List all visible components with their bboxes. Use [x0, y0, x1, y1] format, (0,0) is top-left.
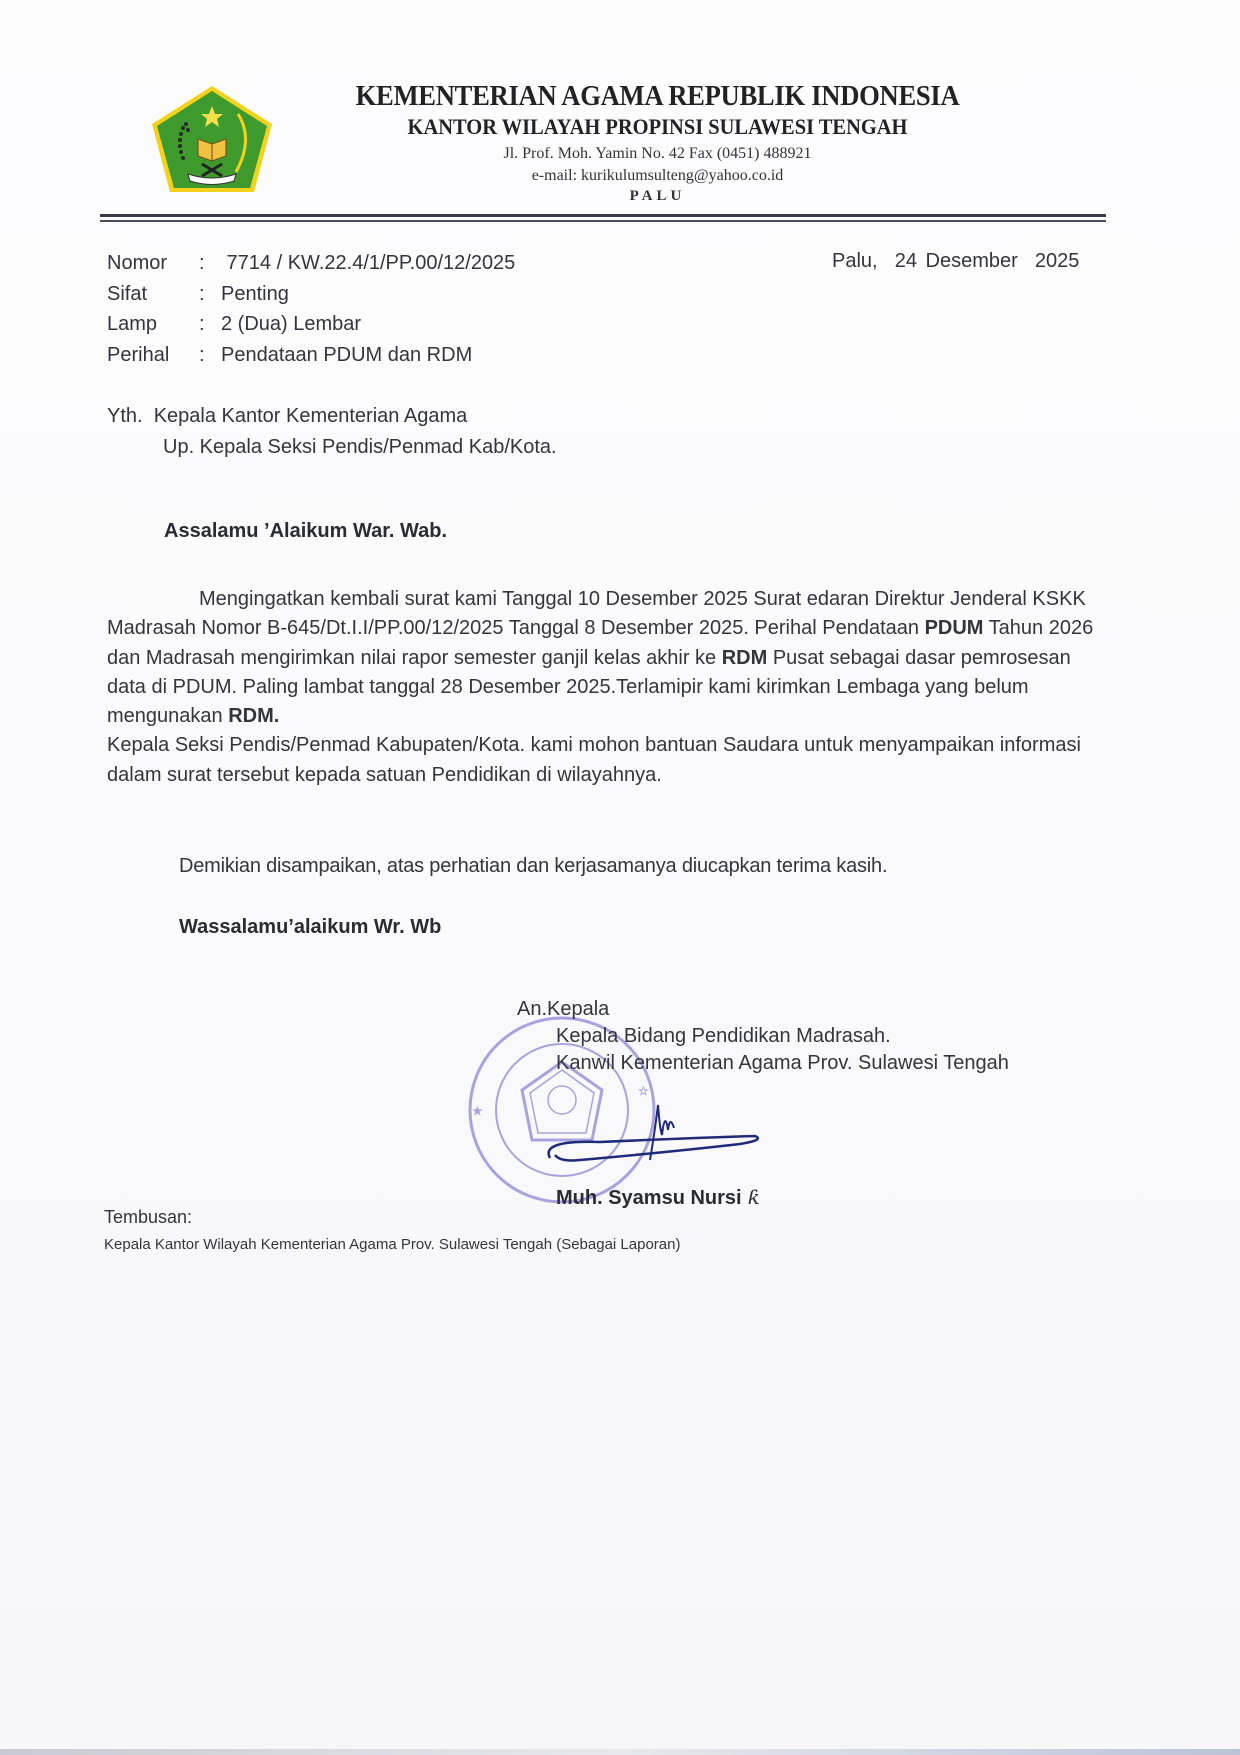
letterhead-city: PALU: [75, 187, 1240, 205]
body-paragraph-1: Mengingatkan kembali surat kami Tanggal …: [107, 585, 1113, 731]
meta-value-lamp: 2 (Dua) Lembar: [221, 309, 361, 340]
scan-edge: [0, 1749, 1240, 1755]
svg-text:☆: ☆: [638, 1084, 649, 1098]
letterhead-ministry: KEMENTERIAN AGAMA REPUBLIK INDONESIA: [104, 80, 1211, 114]
addressee: Yth. Kepala Kantor Kementerian Agama Up.…: [107, 401, 557, 463]
meta-value-perihal: Pendataan PDUM dan RDM: [221, 340, 472, 371]
letterhead-divider: [100, 214, 1106, 217]
letterhead-office: KANTOR WILAYAH PROPINSI SULAWESI TENGAH: [116, 114, 1199, 140]
greeting: Assalamu ’Alaikum War. Wab.: [164, 520, 447, 543]
svg-text:★: ★: [472, 1104, 483, 1118]
signature-on-behalf: An.Kepala: [517, 998, 609, 1021]
signatory-name-text: Muh. Syamsu Nursi: [556, 1187, 742, 1209]
meta-row-sifat: Sifat : Penting: [107, 279, 515, 310]
meta-value-sifat: Penting: [221, 279, 289, 310]
bold-rdm: RDM: [722, 647, 768, 669]
meta-colon: :: [199, 248, 221, 279]
meta-label: Lamp: [107, 309, 199, 340]
letter-body: Mengingatkan kembali surat kami Tanggal …: [107, 585, 1113, 790]
letter-meta: Nomor : 7714 / KW.22.4/1/PP.00/12/2025 S…: [107, 248, 515, 370]
meta-row-nomor: Nomor : 7714 / KW.22.4/1/PP.00/12/2025: [107, 248, 515, 279]
handwritten-signature-icon: [540, 1100, 770, 1180]
cc-label: Tembusan:: [104, 1207, 192, 1228]
meta-value-nomor: 7714 / KW.22.4/1/PP.00/12/2025: [221, 248, 515, 279]
paraf-mark: ƙ: [748, 1185, 760, 1209]
meta-label: Nomor: [107, 248, 199, 279]
meta-label: Sifat: [107, 279, 199, 310]
body-paragraph-2: Kepala Seksi Pendis/Penmad Kabupaten/Kot…: [107, 731, 1113, 790]
signatory-name: Muh. Syamsu Nursiƙ: [556, 1185, 760, 1210]
letterhead-address: Jl. Prof. Moh. Yamin No. 42 Fax (0451) 4…: [75, 143, 1240, 165]
closing-text: Demikian disampaikan, atas perhatian dan…: [179, 855, 887, 878]
meta-colon: :: [199, 340, 221, 371]
signature-title-2: Kanwil Kementerian Agama Prov. Sulawesi …: [556, 1052, 1009, 1075]
letterhead-divider-thin: [100, 220, 1106, 222]
bold-rdm: RDM.: [228, 705, 279, 727]
meta-row-lamp: Lamp : 2 (Dua) Lembar: [107, 309, 515, 340]
meta-label: Perihal: [107, 340, 199, 371]
bold-pdum: PDUM: [925, 617, 984, 639]
farewell: Wassalamu’alaikum Wr. Wb: [179, 916, 441, 939]
addressee-line2: Up. Kepala Seksi Pendis/Penmad Kab/Kota.: [107, 432, 557, 463]
letter-page: KEMENTERIAN AGAMA REPUBLIK INDONESIA KAN…: [0, 0, 1240, 1755]
signature-title-1: Kepala Bidang Pendidikan Madrasah.: [556, 1025, 891, 1048]
addressee-line1: Yth. Kepala Kantor Kementerian Agama: [107, 401, 557, 432]
letter-date: Palu, 24 Desember 2025: [832, 250, 1079, 273]
meta-row-perihal: Perihal : Pendataan PDUM dan RDM: [107, 340, 515, 371]
cc-item: Kepala Kantor Wilayah Kementerian Agama …: [104, 1236, 680, 1253]
letterhead: KEMENTERIAN AGAMA REPUBLIK INDONESIA KAN…: [0, 80, 1240, 205]
letterhead-email: e-mail: kurikulumsulteng@yahoo.co.id: [75, 165, 1240, 187]
meta-colon: :: [199, 309, 221, 340]
meta-colon: :: [199, 279, 221, 310]
